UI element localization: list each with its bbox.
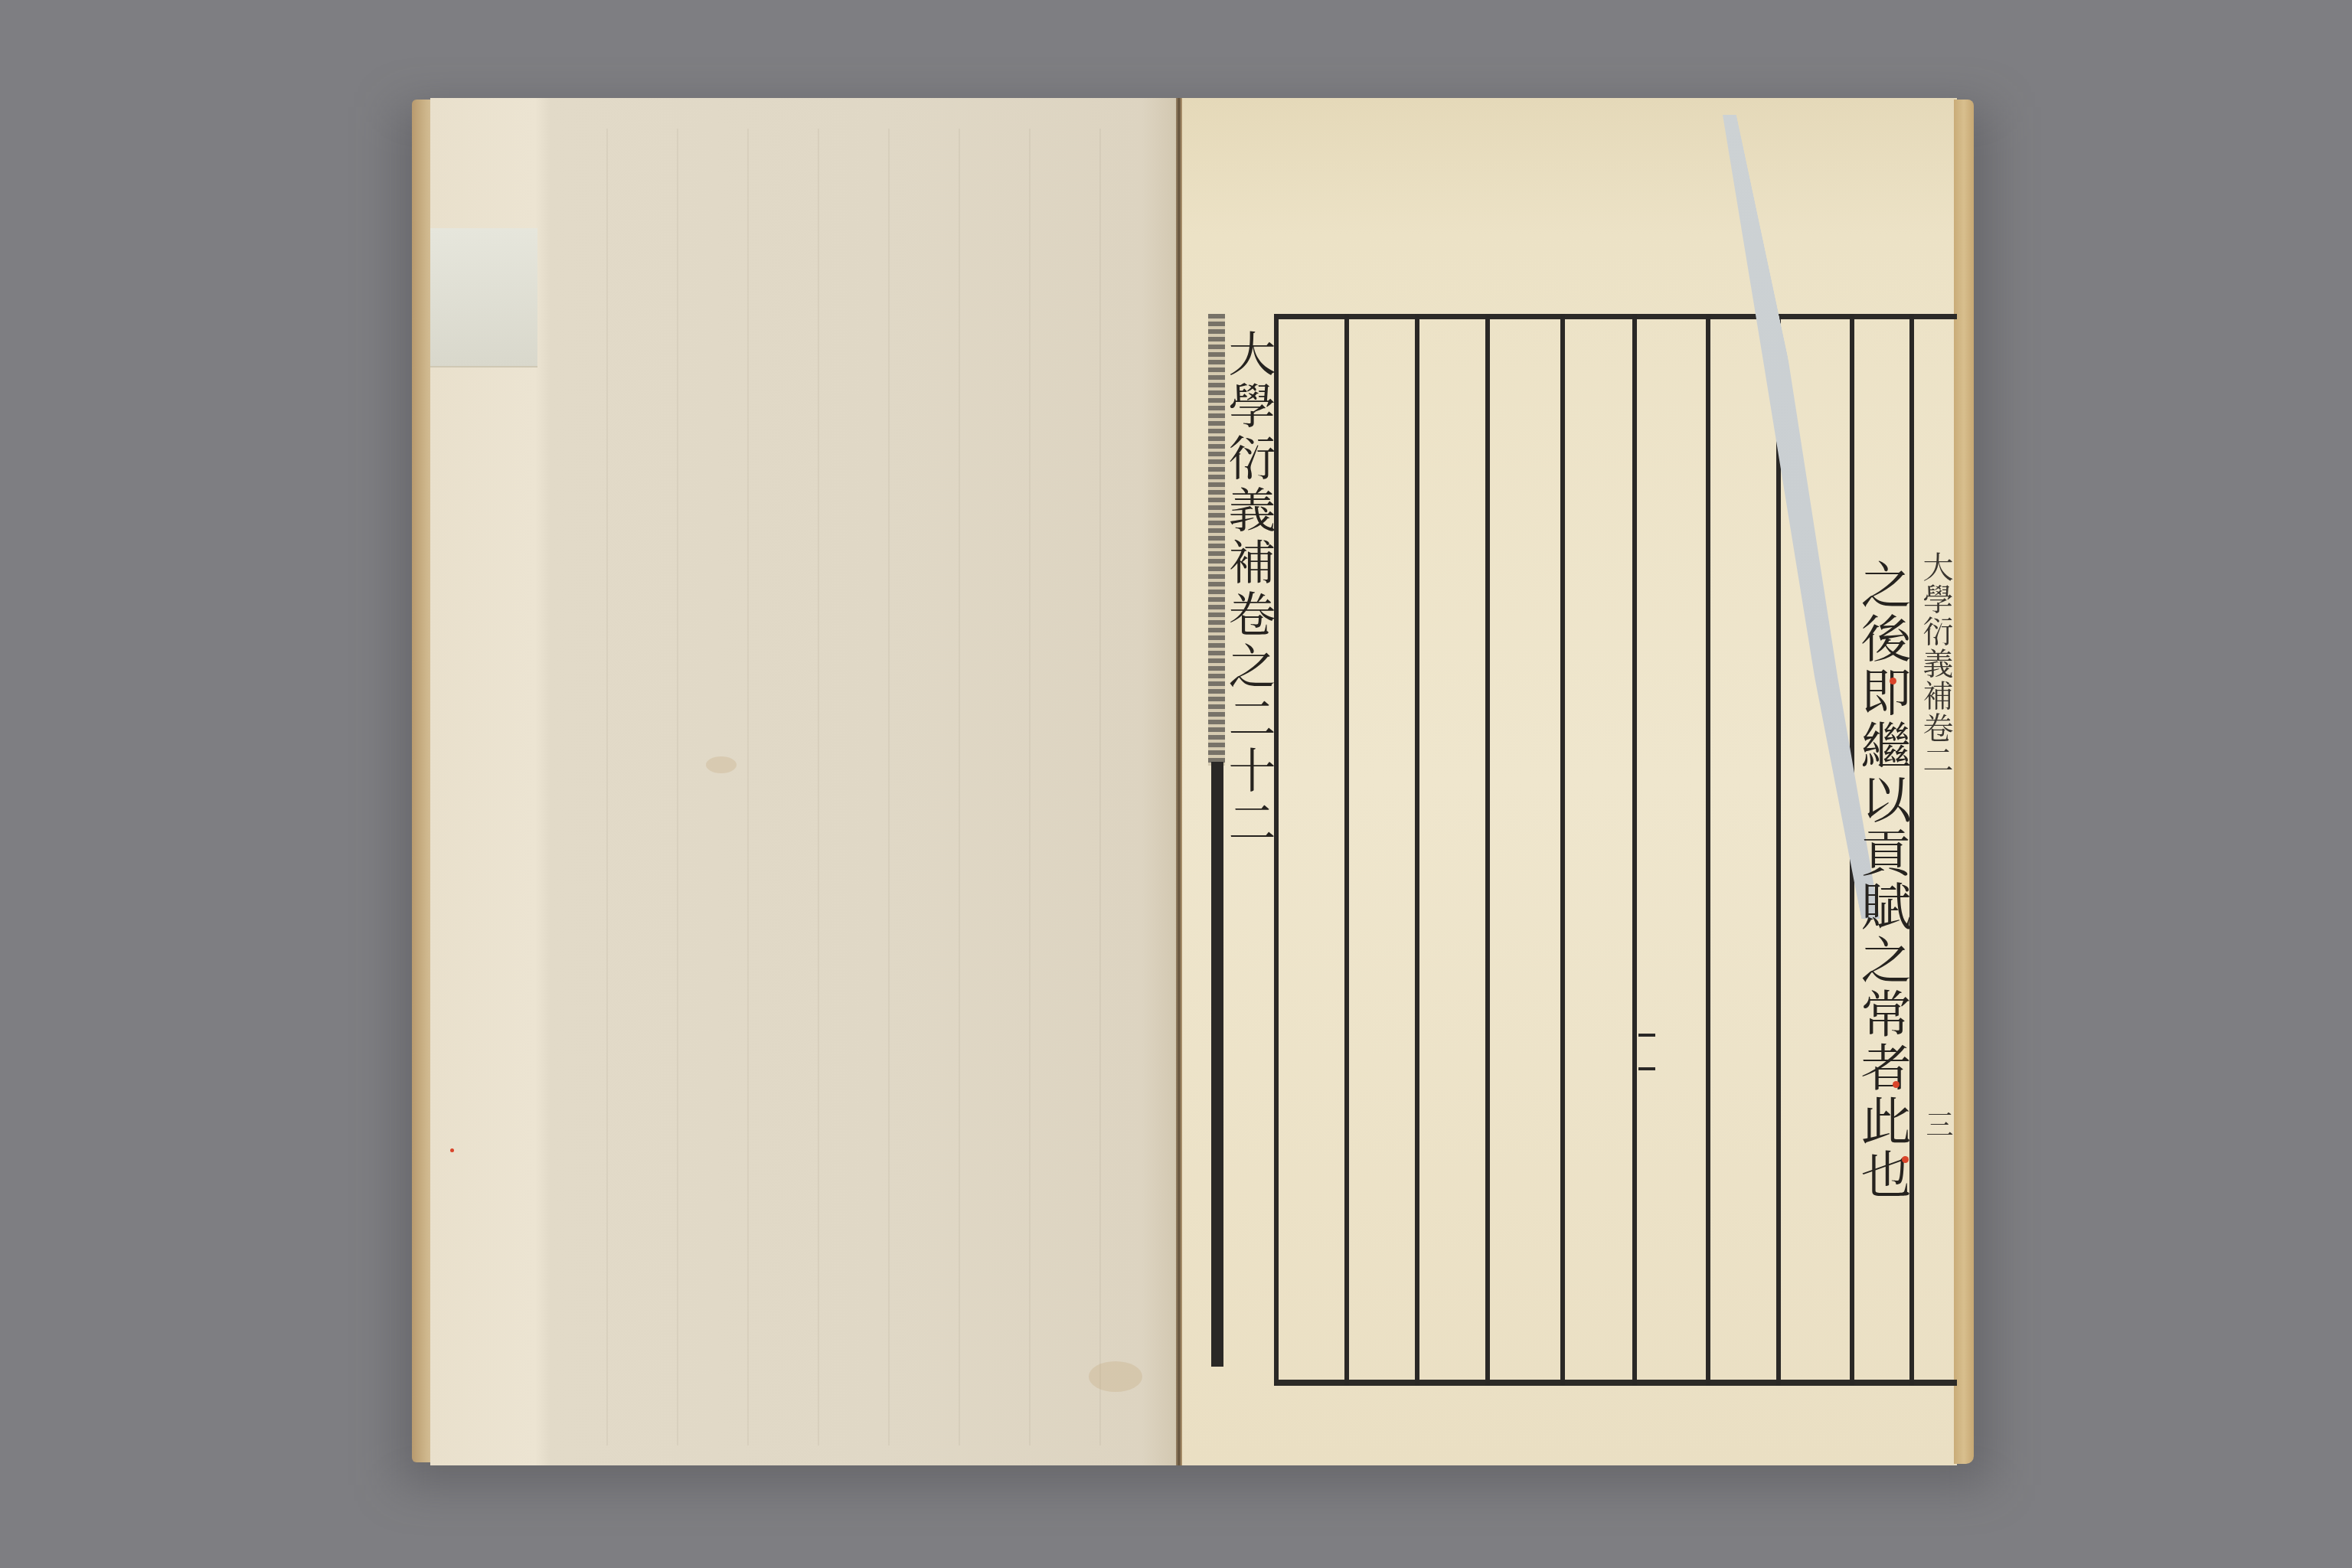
column-rule bbox=[1706, 314, 1710, 1386]
block-mouth-title: 大學衍義補卷二 bbox=[1920, 551, 1951, 776]
frame-top-rule bbox=[1276, 314, 1957, 319]
red-punctuation-mark bbox=[1890, 678, 1896, 684]
repaired-tear bbox=[430, 228, 537, 367]
red-punctuation-mark bbox=[1893, 1081, 1900, 1088]
column-rule bbox=[1560, 314, 1565, 1386]
red-mark bbox=[450, 1148, 454, 1152]
column-rule bbox=[1776, 314, 1781, 1386]
leaf-number: 三 bbox=[1923, 1110, 1951, 1142]
frame-bottom-rule bbox=[1276, 1380, 1957, 1386]
column-rule bbox=[1344, 314, 1349, 1386]
red-punctuation-mark bbox=[1902, 1156, 1909, 1163]
stain bbox=[706, 756, 737, 773]
center-fold-mark bbox=[1638, 1034, 1655, 1070]
left-page bbox=[430, 98, 1179, 1465]
stain bbox=[1089, 1361, 1142, 1392]
column-rule bbox=[1632, 314, 1637, 1386]
show-through-lines bbox=[537, 129, 1142, 1445]
column-rule bbox=[1485, 314, 1490, 1386]
column-rule bbox=[1415, 314, 1419, 1386]
volume-title: 大學衍義補卷之二十二 bbox=[1223, 329, 1272, 850]
book-gutter bbox=[1176, 98, 1182, 1465]
print-frame bbox=[1207, 314, 1957, 1386]
title-column-black-bar bbox=[1211, 762, 1223, 1367]
main-text-column: 之後即繼以貢賦之常者此也 bbox=[1854, 559, 1908, 1202]
